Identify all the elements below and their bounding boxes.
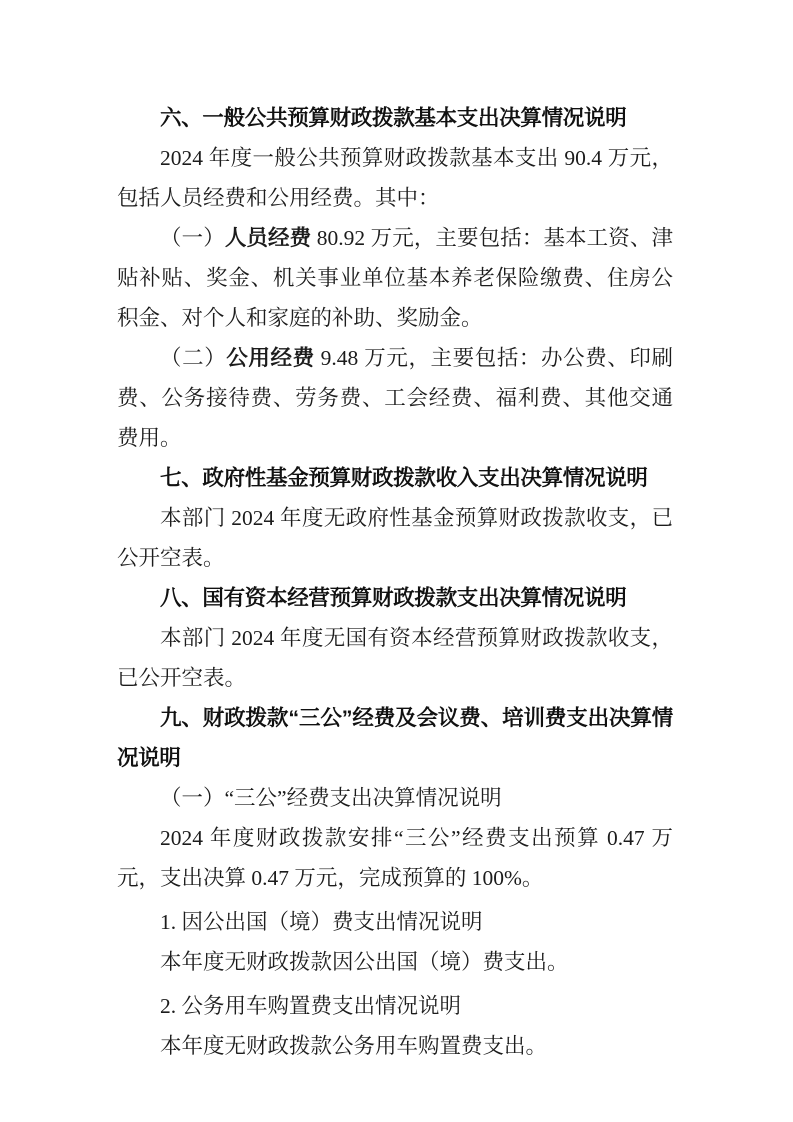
document-body: 六、一般公共预算财政拨款基本支出决算情况说明2024 年度一般公共预算财政拨款基… — [117, 98, 673, 1066]
text-run: 本部门 2024 年度无政府性基金预算财政拨款收支，已公开空表。 — [117, 506, 673, 570]
text-run: 本年度无财政拨款公务用车购置费支出。 — [160, 1034, 547, 1058]
paragraph: （一）人员经费 80.92 万元，主要包括：基本工资、津贴补贴、奖金、机关事业单… — [117, 218, 673, 338]
paragraph: （二）公用经费 9.48 万元，主要包括：办公费、印刷费、公务接待费、劳务费、工… — [117, 338, 673, 458]
bold-text-run: 九、财政拨款“三公”经费及会议费、培训费支出决算情况说明 — [117, 706, 673, 770]
bold-text-run: 公用经费 — [226, 346, 314, 370]
document-page: 六、一般公共预算财政拨款基本支出决算情况说明2024 年度一般公共预算财政拨款基… — [0, 0, 793, 1122]
numbered-item: 2. 公务用车购置费支出情况说明 — [117, 986, 673, 1026]
text-run: 本年度无财政拨款因公出国（境）费支出。 — [160, 950, 569, 974]
section-heading: 八、国有资本经营预算财政拨款支出决算情况说明 — [117, 578, 673, 618]
text-run: 1. 因公出国（境）费支出情况说明 — [160, 910, 483, 934]
paragraph: 2024 年度财政拨款安排“三公”经费支出预算 0.47 万元，支出决算 0.4… — [117, 818, 673, 898]
numbered-item: 1. 因公出国（境）费支出情况说明 — [117, 902, 673, 942]
paragraph: 2024 年度一般公共预算财政拨款基本支出 90.4 万元，包括人员经费和公用经… — [117, 138, 673, 218]
bold-text-run: 七、政府性基金预算财政拨款收入支出决算情况说明 — [160, 466, 648, 490]
section-heading: 六、一般公共预算财政拨款基本支出决算情况说明 — [117, 98, 673, 138]
section-heading: 九、财政拨款“三公”经费及会议费、培训费支出决算情况说明 — [117, 698, 673, 778]
paragraph: （一）“三公”经费支出决算情况说明 — [117, 778, 673, 818]
paragraph: 本部门 2024 年度无国有资本经营预算财政拨款收支，已公开空表。 — [117, 618, 673, 698]
text-run: 2024 年度一般公共预算财政拨款基本支出 90.4 万元，包括人员经费和公用经… — [117, 146, 673, 210]
text-run: （一）“三公”经费支出决算情况说明 — [160, 786, 502, 810]
paragraph: 本年度无财政拨款因公出国（境）费支出。 — [117, 942, 673, 982]
text-run: （二） — [160, 346, 226, 370]
paragraph: 本部门 2024 年度无政府性基金预算财政拨款收支，已公开空表。 — [117, 498, 673, 578]
section-heading: 七、政府性基金预算财政拨款收入支出决算情况说明 — [117, 458, 673, 498]
paragraph: 本年度无财政拨款公务用车购置费支出。 — [117, 1026, 673, 1066]
text-run: （一） — [160, 226, 225, 250]
text-run: 2. 公务用车购置费支出情况说明 — [160, 994, 461, 1018]
bold-text-run: 人员经费 — [225, 226, 311, 250]
text-run: 本部门 2024 年度无国有资本经营预算财政拨款收支，已公开空表。 — [117, 626, 673, 690]
bold-text-run: 六、一般公共预算财政拨款基本支出决算情况说明 — [160, 106, 626, 130]
bold-text-run: 八、国有资本经营预算财政拨款支出决算情况说明 — [160, 586, 626, 610]
text-run: 2024 年度财政拨款安排“三公”经费支出预算 0.47 万元，支出决算 0.4… — [117, 826, 673, 890]
